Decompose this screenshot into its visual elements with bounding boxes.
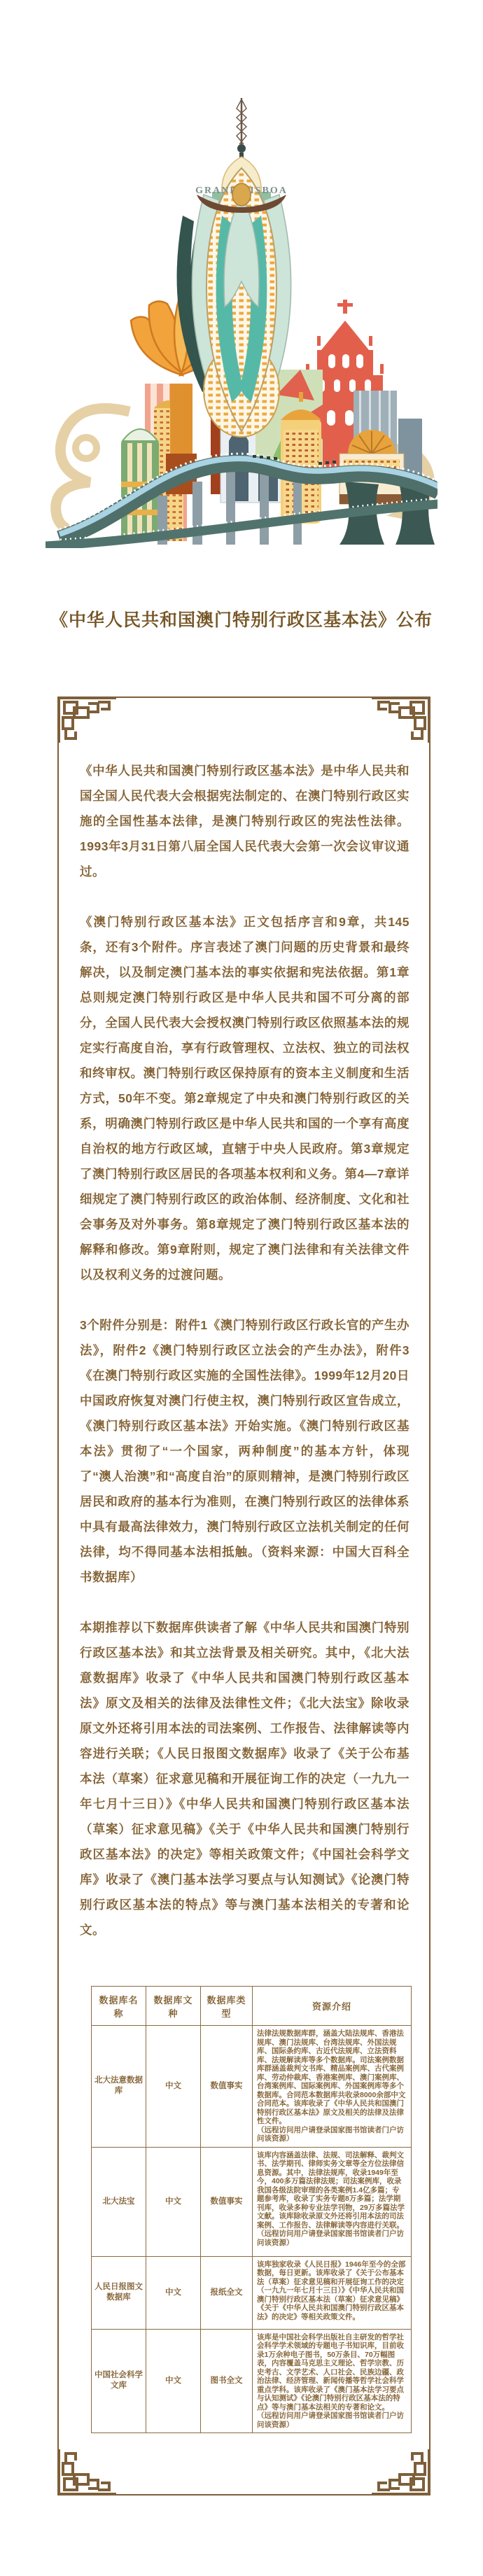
column-header-language: 数据库文种 bbox=[146, 1987, 201, 2026]
table-header-row: 数据库名称 数据库文种 数据库类型 资源介绍 bbox=[92, 1987, 412, 2026]
fret-corner-ornament bbox=[57, 696, 116, 743]
db-name: 北大法意数据库 bbox=[92, 2026, 146, 2148]
fret-corner-ornament bbox=[372, 696, 430, 743]
table-row: 人民日报图文数据库 中文 报纸全文 该库独家收录《人民日报》1946年至今的全部… bbox=[92, 2256, 412, 2329]
table-row: 北大法意数据库 中文 数值事实 法律法规数据库群，涵盖大陆法规库、香港法规库、澳… bbox=[92, 2026, 412, 2148]
table-row: 北大法宝 中文 数值事实 该库内容涵盖法律、法规、司法解释、裁判文书、法学期刊、… bbox=[92, 2147, 412, 2256]
db-type: 图书全文 bbox=[201, 2329, 253, 2433]
db-description: 该库内容涵盖法律、法规、司法解释、裁判文书、法学期刊、律师实务文章等全方位法律信… bbox=[253, 2147, 412, 2256]
db-name: 人民日报图文数据库 bbox=[92, 2256, 146, 2329]
column-header-name: 数据库名称 bbox=[92, 1987, 146, 2026]
db-type: 数值事实 bbox=[201, 2147, 253, 2256]
article-frame: 《中华人民共和国澳门特别行政区基本法》是中华人民共和国全国人民代表大会根据宪法制… bbox=[57, 696, 430, 2495]
db-name: 中国社会科学文库 bbox=[92, 2329, 146, 2433]
article-paragraph: 《澳门特别行政区基本法》正文包括序言和9章，共145条，还有3个附件。序言表述了… bbox=[80, 909, 409, 1287]
db-name: 北大法宝 bbox=[92, 2147, 146, 2256]
article-paragraph: 《中华人民共和国澳门特别行政区基本法》是中华人民共和国全国人民代表大会根据宪法制… bbox=[80, 758, 409, 884]
db-language: 中文 bbox=[146, 2329, 201, 2433]
fret-corner-ornament bbox=[372, 2449, 430, 2495]
table-row: 中国社会科学文库 中文 图书全文 该库是中国社会科学出版社自主研发的哲学社会科学… bbox=[92, 2329, 412, 2433]
db-language: 中文 bbox=[146, 2256, 201, 2329]
column-header-description: 资源介绍 bbox=[253, 1987, 412, 2026]
db-language: 中文 bbox=[146, 2026, 201, 2148]
db-description: 该库是中国社会科学出版社自主研发的哲学社会科学学术领域的专题电子书知识库，目前收… bbox=[253, 2329, 412, 2433]
db-type: 报纸全文 bbox=[201, 2256, 253, 2329]
db-description: 法律法规数据库群，涵盖大陆法规库、香港法规库、澳门法规库、台湾法规库、外国法规库… bbox=[253, 2026, 412, 2148]
article-paragraph: 本期推荐以下数据库供读者了解《中华人民共和国澳门特别行政区基本法》和其立法背景及… bbox=[80, 1615, 409, 1942]
db-language: 中文 bbox=[146, 2147, 201, 2256]
article-paragraph: 3个附件分别是：附件1《澳门特别行政区行政长官的产生办法》，附件2《澳门特别行政… bbox=[80, 1312, 409, 1590]
page-title: 《中华人民共和国澳门特别行政区基本法》公布 bbox=[0, 606, 483, 631]
db-description: 该库独家收录《人民日报》1946年至今的全部数据，每日更新。该库收录了《关于公布… bbox=[253, 2256, 412, 2329]
fret-corner-ornament bbox=[57, 2449, 116, 2495]
macau-skyline-illustration: GRAND LISBOA bbox=[45, 90, 437, 548]
column-header-type: 数据库类型 bbox=[201, 1987, 253, 2026]
db-type: 数值事实 bbox=[201, 2026, 253, 2148]
database-table: 数据库名称 数据库文种 数据库类型 资源介绍 北大法意数据库 中文 数值事实 法… bbox=[91, 1986, 412, 2433]
article-body: 《中华人民共和国澳门特别行政区基本法》是中华人民共和国全国人民代表大会根据宪法制… bbox=[59, 698, 429, 2433]
grand-lisboa-tower: GRAND LISBOA bbox=[177, 98, 291, 437]
